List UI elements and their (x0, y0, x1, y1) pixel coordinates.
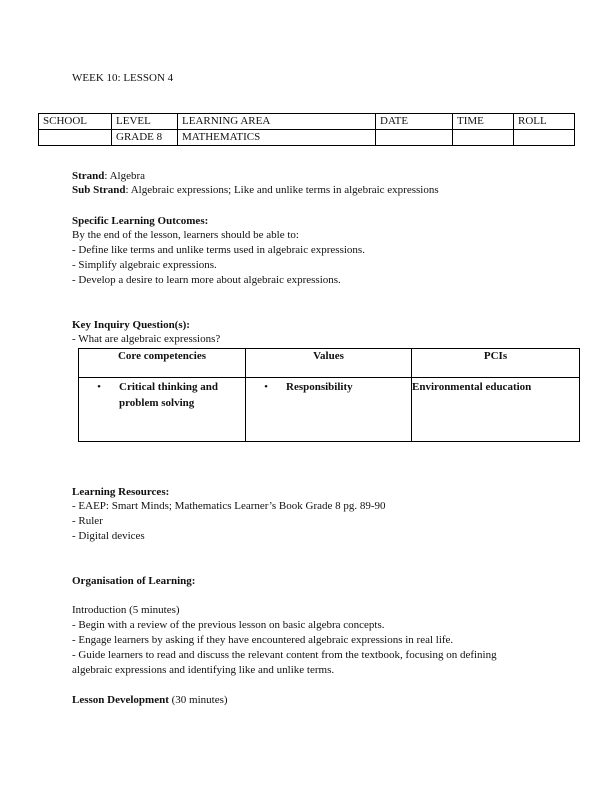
strand-value: : Algebra (104, 170, 145, 182)
values-cell: • Responsibility (246, 378, 412, 442)
introduction-item: - Engage learners by asking if they have… (72, 633, 453, 647)
outcome-item: - Develop a desire to learn more about a… (72, 273, 341, 287)
core-competencies-cell: • Critical thinking and problem solving (79, 378, 246, 442)
value-cell-learning-area: MATHEMATICS (178, 130, 376, 146)
strand-line: Strand: Algebra (72, 169, 145, 183)
lesson-development-duration: (30 minutes) (169, 694, 228, 706)
inquiry-question: - What are algebraic expressions? (72, 332, 220, 346)
lesson-title: WEEK 10: LESSON 4 (72, 72, 173, 84)
core-competency-text: Critical thinking and problem solving (119, 379, 219, 411)
outcomes-heading: Specific Learning Outcomes: (72, 214, 208, 228)
resource-item: - Digital devices (72, 529, 145, 543)
competency-table-body-row: • Critical thinking and problem solving … (79, 378, 580, 442)
inquiry-heading: Key Inquiry Question(s): (72, 318, 190, 332)
pcis-cell: Environmental education (412, 378, 580, 442)
resource-item: - EAEP: Smart Minds; Mathematics Learner… (72, 499, 386, 513)
value-cell-roll (514, 130, 575, 146)
lesson-development-label: Lesson Development (72, 694, 169, 706)
lesson-development-line: Lesson Development (30 minutes) (72, 693, 228, 707)
competency-table-header-row: Core competencies Values PCIs (79, 349, 580, 378)
header-pcis: PCIs (412, 349, 580, 378)
header-core-competencies: Core competencies (79, 349, 246, 378)
value-text: Responsibility (286, 379, 411, 395)
bullet-icon: • (246, 379, 286, 395)
introduction-item: algebraic expressions and identifying li… (72, 663, 334, 677)
sub-strand-value: : Algebraic expressions; Like and unlike… (126, 184, 439, 196)
value-cell-time (453, 130, 514, 146)
introduction-item: - Begin with a review of the previous le… (72, 618, 385, 632)
header-table-values-row: GRADE 8 MATHEMATICS (39, 130, 575, 146)
header-table-labels-row: SCHOOL LEVEL LEARNING AREA DATE TIME ROL… (39, 114, 575, 130)
header-cell-roll: ROLL (514, 114, 575, 130)
list-item: • Responsibility (246, 378, 411, 395)
header-cell-date: DATE (376, 114, 453, 130)
sub-strand-label: Sub Strand (72, 184, 126, 196)
header-cell-level: LEVEL (112, 114, 178, 130)
organisation-heading: Organisation of Learning: (72, 574, 195, 588)
introduction-item: - Guide learners to read and discuss the… (72, 648, 497, 662)
outcome-item: - Define like terms and unlike terms use… (72, 243, 365, 257)
value-cell-date (376, 130, 453, 146)
strand-label: Strand (72, 170, 104, 182)
header-cell-time: TIME (453, 114, 514, 130)
outcome-item: - Simplify algebraic expressions. (72, 258, 217, 272)
introduction-label: Introduction (5 minutes) (72, 603, 180, 617)
pci-text: Environmental education (412, 378, 579, 395)
resources-heading: Learning Resources: (72, 485, 169, 499)
lesson-header-table: SCHOOL LEVEL LEARNING AREA DATE TIME ROL… (38, 113, 575, 146)
header-values: Values (246, 349, 412, 378)
header-cell-school: SCHOOL (39, 114, 112, 130)
header-cell-learning-area: LEARNING AREA (178, 114, 376, 130)
outcomes-intro: By the end of the lesson, learners shoul… (72, 228, 299, 242)
bullet-icon: • (79, 379, 119, 411)
value-cell-level: GRADE 8 (112, 130, 178, 146)
list-item: • Critical thinking and problem solving (79, 378, 245, 411)
sub-strand-line: Sub Strand: Algebraic expressions; Like … (72, 183, 439, 197)
value-cell-school (39, 130, 112, 146)
resource-item: - Ruler (72, 514, 103, 528)
competency-table: Core competencies Values PCIs • Critical… (78, 348, 580, 442)
